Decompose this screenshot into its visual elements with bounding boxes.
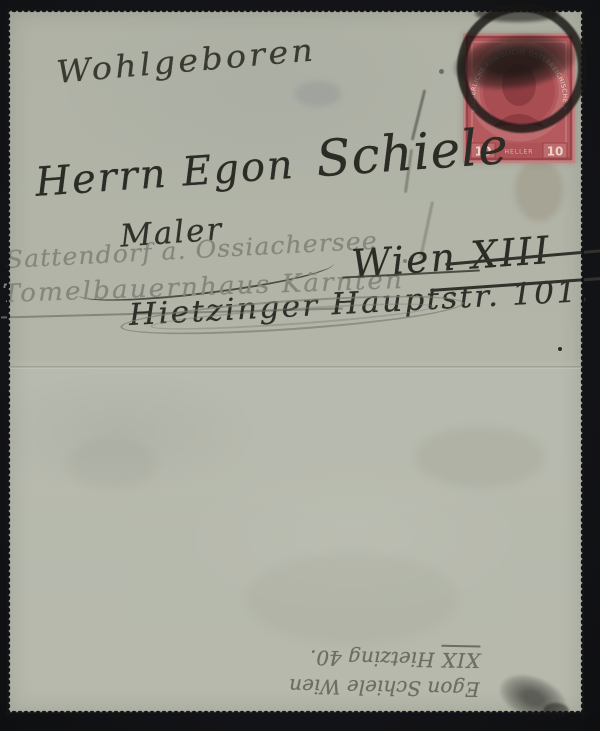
cancel-speck: [451, 291, 455, 296]
honorific-note: Wohlgeboren: [55, 32, 318, 91]
serrated-edge-left: [7, 7, 12, 716]
recipient-line: Herrn EgonSchiele: [33, 117, 510, 208]
paper-stain: [415, 427, 545, 487]
serrated-edge-top: [5, 9, 586, 14]
reversed-note-line-2: XIX Hietzing 40.: [195, 641, 480, 675]
paper-stain: [515, 159, 563, 221]
paper-stain: [67, 439, 157, 489]
reversed-note-district: XIX: [441, 645, 481, 673]
paper-stain: [295, 81, 341, 107]
fold-crease: [7, 366, 584, 369]
reversed-note: Egon Schiele Wien XIX Hietzing 40.: [195, 641, 481, 704]
ink-smudge: [493, 665, 574, 730]
recipient-prefix: Herrn Egon: [34, 142, 296, 206]
cancel-speck: [439, 69, 444, 74]
paper-stain: [247, 554, 457, 644]
reversed-note-line-1: Egon Schiele Wien: [195, 670, 480, 704]
stamp-portrait-head: [502, 64, 536, 106]
stamp-value-right: 10: [547, 145, 564, 159]
serrated-edge-bottom: [5, 709, 586, 714]
letter-card: KAISERLICHE KÖNIGLICHE ÖSTERREICHISCHE P…: [7, 9, 584, 714]
reversed-note-rest: Hietzing 40.: [310, 646, 441, 672]
cancel-speck: [403, 259, 407, 263]
serrated-edge-right: [579, 7, 584, 716]
ink-dot: [558, 347, 562, 351]
photo-backdrop: KAISERLICHE KÖNIGLICHE ÖSTERREICHISCHE P…: [0, 0, 600, 731]
